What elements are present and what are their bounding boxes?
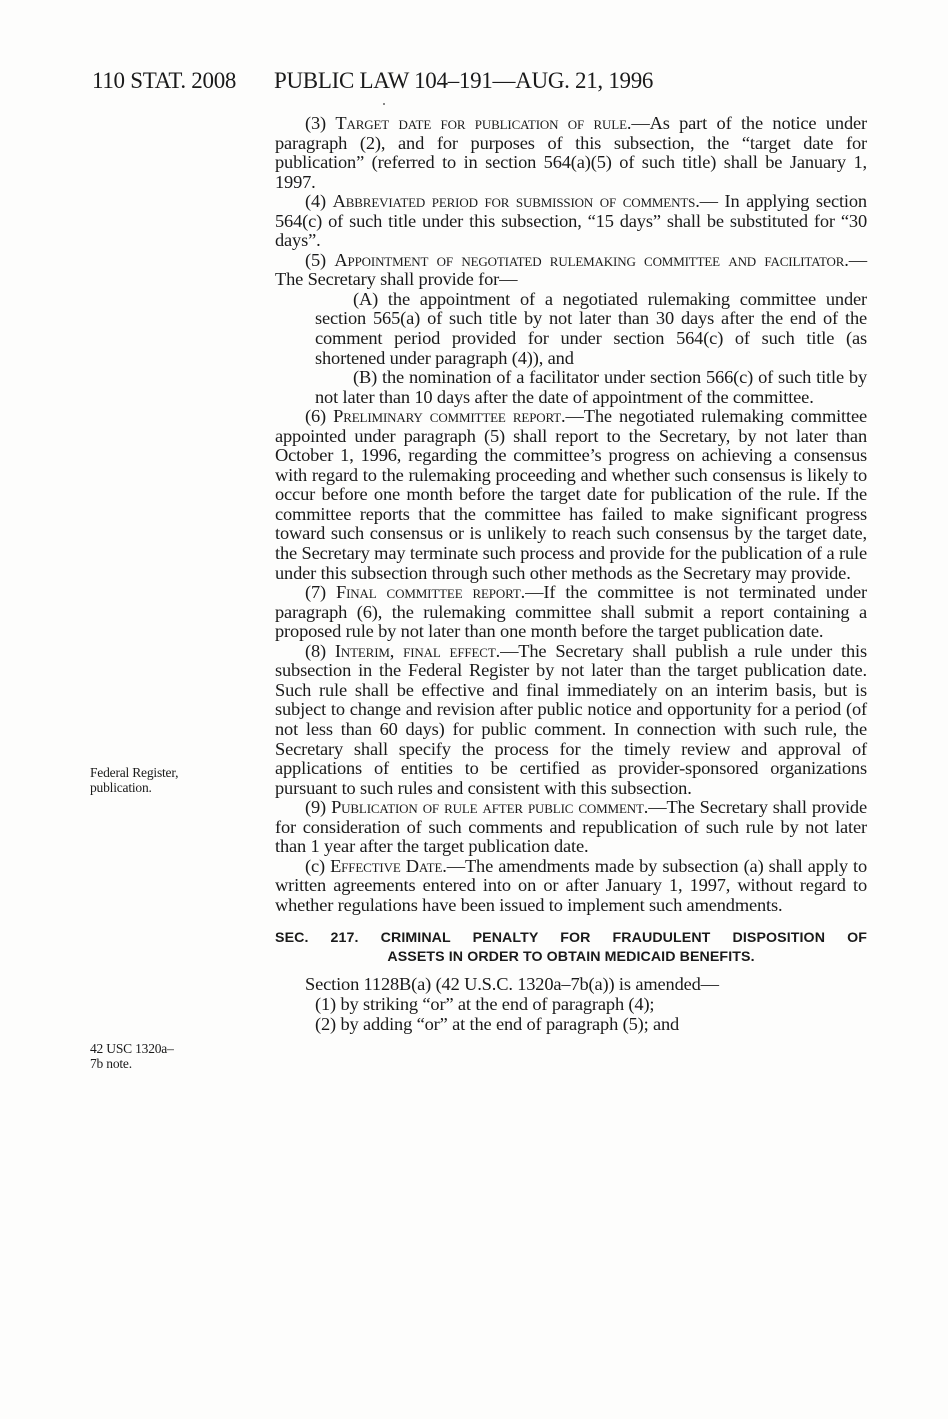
paragraph-number: (c) xyxy=(305,856,330,876)
paragraph-3: (3) Target date for publication of rule.… xyxy=(275,114,867,192)
paragraph-number: (7) xyxy=(305,582,336,602)
paragraph-heading: Target date for publication of rule. xyxy=(335,113,631,133)
paragraph-body: —The Secretary shall publish a rule unde… xyxy=(275,641,867,798)
paragraph-heading: Publication of rule after public comment… xyxy=(331,797,648,817)
paragraph-7: (7) Final committee report.—If the commi… xyxy=(275,583,867,642)
margin-note-line: 7b note. xyxy=(90,1056,240,1071)
margin-note-usc-citation: 42 USC 1320a– 7b note. xyxy=(90,1041,240,1071)
paragraph-number: (8) xyxy=(305,641,335,661)
paragraph-number: (9) xyxy=(305,797,331,817)
section-217-intro: Section 1128B(a) (42 U.S.C. 1320a–7b(a))… xyxy=(275,975,867,995)
amendment-item-1: (1) by striking “or” at the end of parag… xyxy=(275,995,867,1015)
section-heading-line: SEC. 217. CRIMINAL PENALTY FOR FRAUDULEN… xyxy=(275,929,867,948)
margin-note-line: Federal Register, xyxy=(90,765,240,780)
paragraph-body: —The negotiated rulemaking committee app… xyxy=(275,406,867,582)
paragraph-number: (5) xyxy=(305,250,334,270)
section-217-heading: SEC. 217. CRIMINAL PENALTY FOR FRAUDULEN… xyxy=(275,929,867,967)
paragraph-number: (6) xyxy=(305,406,333,426)
paragraph-number: (4) xyxy=(305,191,333,211)
subsection-c-effective-date: (c) Effective Date.—The amendments made … xyxy=(275,857,867,916)
paragraph-6: (6) Preliminary committee report.—The ne… xyxy=(275,407,867,583)
section-heading-line: ASSETS IN ORDER TO OBTAIN MEDICAID BENEF… xyxy=(275,948,867,967)
paragraph-heading: Final committee report. xyxy=(336,582,525,602)
subparagraph-5b: (B) the nomination of a facilitator unde… xyxy=(315,368,867,407)
paragraph-4: (4) Abbreviated period for submission of… xyxy=(275,192,867,251)
margin-note-federal-register: Federal Register, publication. xyxy=(90,765,240,795)
margin-note-line: publication. xyxy=(90,780,240,795)
document-page: 110 STAT. 2008 PUBLIC LAW 104–191—AUG. 2… xyxy=(0,0,948,1419)
paragraph-5: (5) Appointment of negotiated rulemaking… xyxy=(275,251,867,290)
margin-note-line: 42 USC 1320a– xyxy=(90,1041,240,1056)
paragraph-8: (8) Interim, final effect.—The Secretary… xyxy=(275,642,867,798)
body-text-column: (3) Target date for publication of rule.… xyxy=(275,114,867,1034)
scan-speck xyxy=(383,103,385,105)
paragraph-heading: Preliminary committee report. xyxy=(333,406,565,426)
subparagraph-5a: (A) the appointment of a negotiated rule… xyxy=(315,290,867,368)
paragraph-heading: Interim, final effect. xyxy=(335,641,500,661)
running-header: 110 STAT. 2008 PUBLIC LAW 104–191—AUG. 2… xyxy=(92,68,872,98)
paragraph-heading: Effective Date. xyxy=(330,856,447,876)
amendment-item-2: (2) by adding “or” at the end of paragra… xyxy=(275,1015,867,1035)
paragraph-heading: Appointment of negotiated rulemaking com… xyxy=(334,250,848,270)
paragraph-9: (9) Publication of rule after public com… xyxy=(275,798,867,857)
paragraph-heading: Abbreviated period for submission of com… xyxy=(333,191,700,211)
paragraph-number: (3) xyxy=(305,113,335,133)
public-law-title: PUBLIC LAW 104–191—AUG. 21, 1996 xyxy=(274,68,653,94)
statute-page-number: 110 STAT. 2008 xyxy=(92,68,236,94)
